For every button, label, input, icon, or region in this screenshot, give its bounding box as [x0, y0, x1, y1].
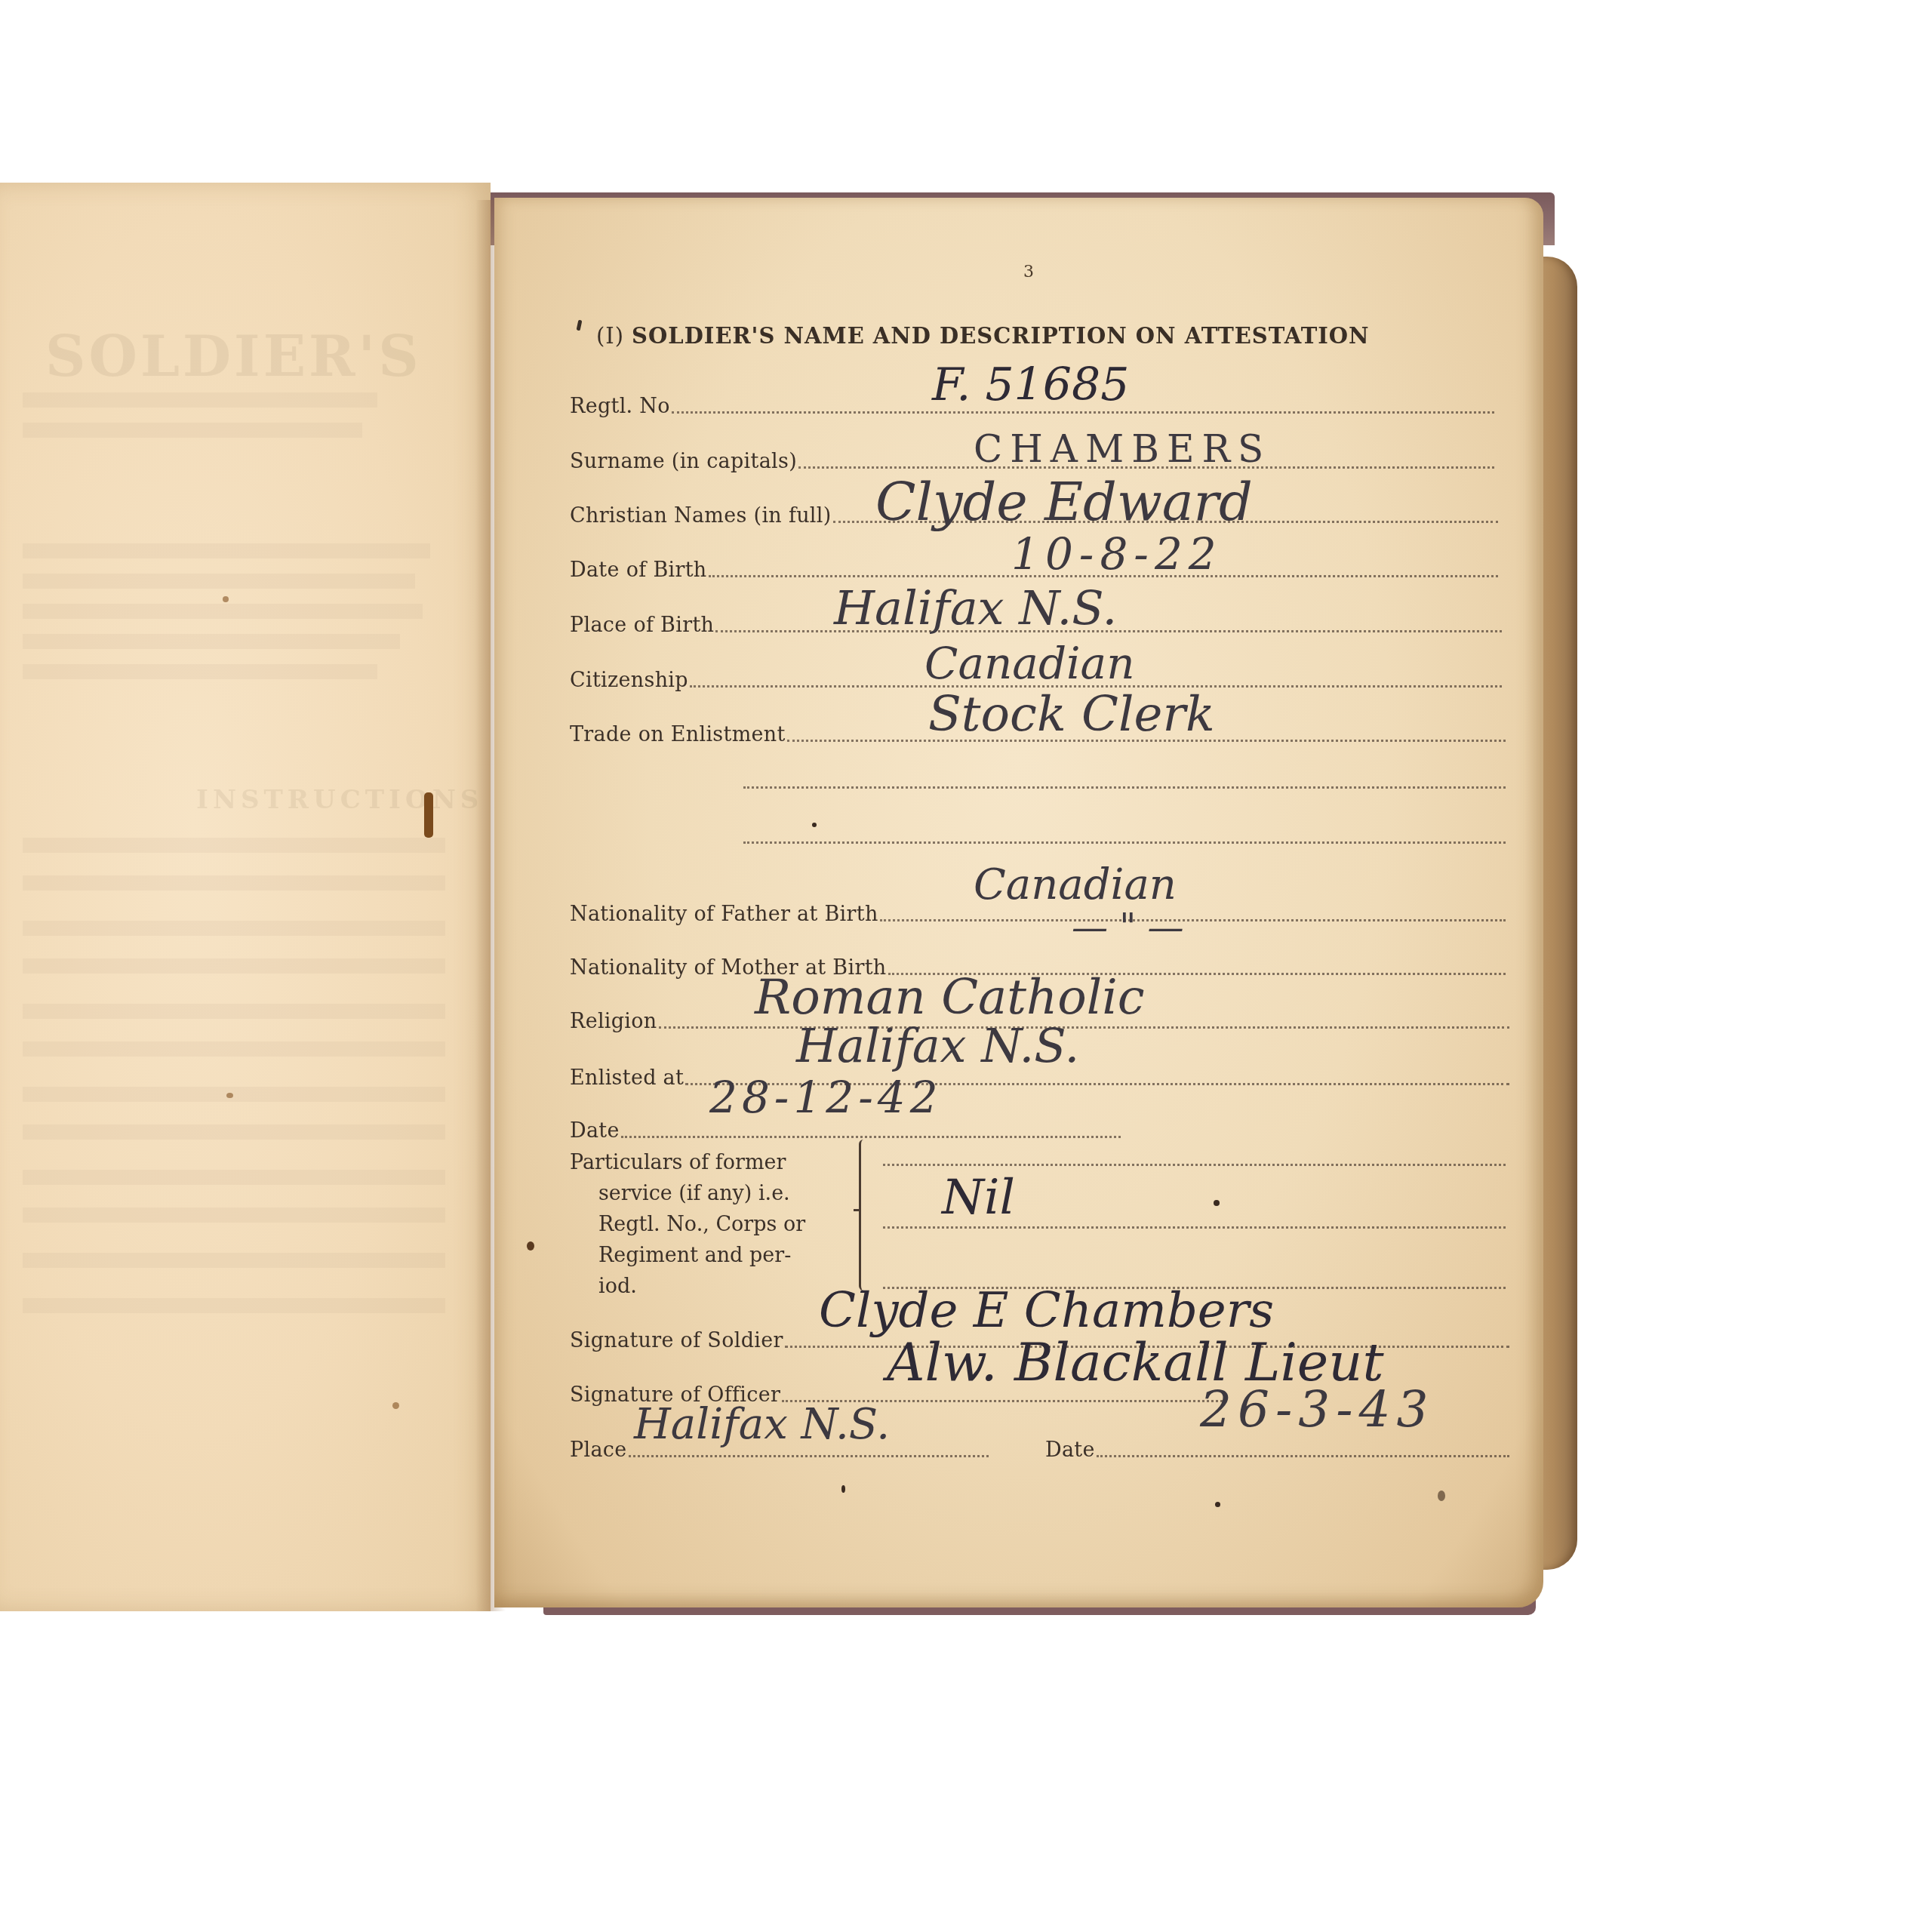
- handwritten-date: 28-12-42: [709, 1075, 943, 1119]
- handwritten-place: Halifax N.S.: [634, 1404, 890, 1446]
- blank-dotted-line: [743, 841, 1506, 844]
- field-label: Place of Birth: [570, 615, 714, 635]
- handwritten-citizenship: Canadian: [924, 641, 1135, 685]
- field-label: Christian Names (in full): [570, 506, 832, 526]
- dotted-line: [672, 411, 1494, 414]
- foxing-spot: [392, 1402, 399, 1409]
- handwritten-nationality-father: Canadian: [974, 864, 1177, 906]
- field-label: Citizenship: [570, 670, 688, 691]
- field-label: Place: [570, 1440, 627, 1460]
- former-service-dotted-line: [883, 1226, 1506, 1229]
- bleed-text-line: [23, 1087, 445, 1102]
- bleed-text-line: [23, 1041, 445, 1057]
- former-service-dotted-line: [883, 1164, 1506, 1166]
- bleed-text-line: [23, 1170, 445, 1185]
- ink-dot: [841, 1485, 845, 1493]
- handwritten-christian-names: Clyde Edward: [875, 475, 1253, 528]
- foxing-spot: [223, 596, 229, 602]
- left-page-bleed-title: SOLDIER'S: [45, 325, 422, 389]
- bleed-text-line: [23, 921, 445, 936]
- field-label: Trade on Enlistment: [570, 724, 786, 745]
- brace-tip: [854, 1209, 861, 1211]
- blank-dotted-line: [743, 786, 1506, 789]
- bleed-text-line: [23, 392, 377, 408]
- former-service-label-line: service (if any) i.e.: [570, 1178, 845, 1209]
- field-label: Religion: [570, 1011, 657, 1032]
- former-service-label-line: Regtl. No., Corps or: [570, 1209, 845, 1240]
- former-service-label: Particulars of former service (if any) i…: [570, 1147, 845, 1302]
- bleed-text-line: [23, 423, 362, 438]
- bleed-text-line: [23, 958, 445, 974]
- field-label: Enlisted at: [570, 1068, 684, 1088]
- field-label: Nationality of Father at Birth: [570, 904, 878, 924]
- ink-dot: [1215, 1502, 1220, 1507]
- former-service-label-line: iod.: [570, 1271, 845, 1302]
- handwritten-date-of-birth: 10-8-22: [1011, 532, 1223, 576]
- field-label: Date: [1045, 1440, 1095, 1460]
- dotted-line: [880, 919, 1506, 921]
- form-title-number: (I): [596, 323, 624, 349]
- bleed-text-line: [23, 664, 377, 679]
- handwritten-surname: CHAMBERS: [974, 430, 1271, 468]
- handwritten-nationality-mother: — " —: [1072, 909, 1184, 946]
- field-label: Signature of Soldier: [570, 1331, 783, 1351]
- left-page-bleed-heading: INSTRUCTIONS: [196, 785, 483, 815]
- bleed-text-line: [23, 1253, 445, 1268]
- bleed-text-line: [23, 604, 423, 619]
- bleed-text-line: [23, 1298, 445, 1313]
- field-label: Regtl. No: [570, 396, 670, 417]
- handwritten-religion: Roman Catholic: [755, 974, 1145, 1022]
- bleed-text-line: [23, 838, 445, 853]
- dotted-line: [659, 1026, 1509, 1029]
- former-service-label-line: Regiment and per-: [570, 1240, 845, 1271]
- foxing-spot: [226, 1093, 233, 1098]
- bleed-text-line: [23, 1004, 445, 1019]
- ink-stain: [424, 792, 433, 838]
- bleed-text-line: [23, 1124, 445, 1140]
- handwritten-trade: Stock Clerk: [928, 691, 1215, 739]
- dotted-line: [1097, 1455, 1509, 1457]
- bleed-text-line: [23, 1207, 445, 1223]
- dotted-line: [629, 1455, 989, 1457]
- bleed-text-line: [23, 543, 430, 558]
- bleed-text-line: [23, 634, 400, 649]
- ink-dot: [1214, 1200, 1220, 1206]
- field-label: Date of Birth: [570, 560, 707, 580]
- former-service-label-line: Particulars of former: [570, 1151, 786, 1174]
- brace-bracket: [859, 1140, 872, 1291]
- bleed-text-line: [23, 875, 445, 891]
- form-title-text: SOLDIER'S NAME AND DESCRIPTION ON ATTEST…: [632, 323, 1370, 349]
- foxing-spot: [527, 1241, 534, 1251]
- foxing-spot: [1438, 1491, 1445, 1501]
- field-label: Date: [570, 1121, 620, 1141]
- form-title: (I)SOLDIER'S NAME AND DESCRIPTION ON ATT…: [596, 323, 1370, 349]
- bleed-text-line: [23, 574, 415, 589]
- handwritten-place-of-birth: Halifax N.S.: [834, 585, 1117, 632]
- page-number: 3: [1023, 263, 1034, 281]
- handwritten-signature-soldier: Clyde E Chambers: [819, 1287, 1274, 1335]
- handwritten-former-service: Nil: [942, 1174, 1015, 1222]
- handwritten-sign-date: 26-3-43: [1200, 1385, 1435, 1435]
- dotted-line: [621, 1136, 1121, 1138]
- ink-dot: [812, 823, 817, 827]
- handwritten-regtl-no: F. 51685: [932, 362, 1129, 408]
- field-label: Surname (in capitals): [570, 451, 797, 472]
- handwritten-enlisted-at: Halifax N.S.: [796, 1023, 1079, 1069]
